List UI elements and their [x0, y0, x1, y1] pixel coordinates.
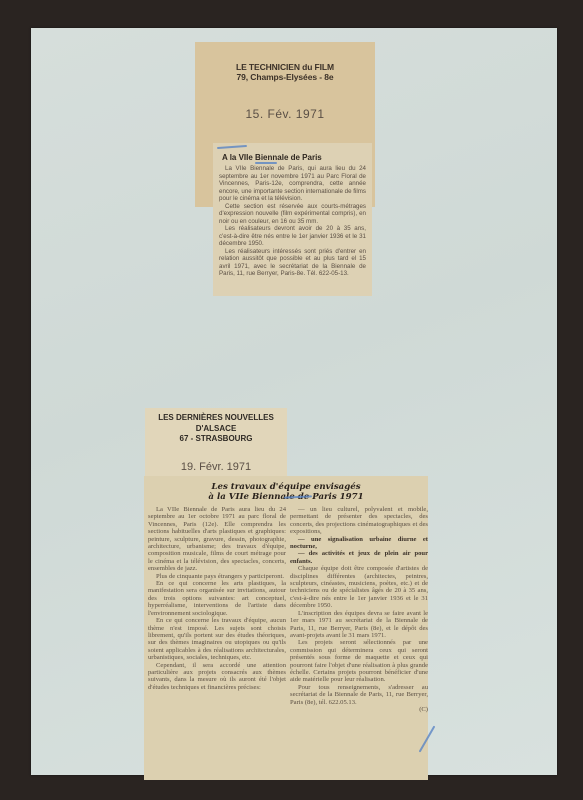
article-paragraph: Les projets seront sélectionnés par une … [290, 639, 428, 683]
article-headline: Les travaux d'équipe envisagés à la VIIe… [144, 482, 428, 502]
headline-line-1: Les travaux d'équipe envisagés [144, 482, 428, 492]
article-headline: A la VIIe Biennale de Paris [222, 153, 322, 162]
article-paragraph: En ce qui concerne les arts plastiques, … [148, 580, 286, 617]
pen-underline [255, 162, 277, 164]
clipping-2-article: Les travaux d'équipe envisagés à la VIIe… [144, 476, 428, 780]
clipping-1-source: LE TECHNICIEN du FILM 79, Champs-Elysées… [195, 62, 375, 82]
article-paragraph: Pour tous renseignements, s'adresser au … [290, 684, 428, 706]
article-paragraph: Plus de cinquante pays étrangers y parti… [148, 573, 286, 580]
article-paragraph: Cette section est réservée aux courts-mé… [219, 203, 366, 226]
article-paragraph: La VIIe Biennale de Paris, qui aura lieu… [219, 165, 366, 203]
source-address: 79, Champs-Elysées - 8e [195, 72, 375, 82]
article-paragraph: — une signalisation urbaine diurne et no… [290, 536, 428, 551]
source-name: LES DERNIÈRES NOUVELLES [145, 413, 287, 424]
source-city: 67 - STRASBOURG [145, 434, 287, 445]
article-paragraph: L'inscription des équipes devra se faire… [290, 610, 428, 640]
article-paragraph: Les réalisateurs devront avoir de 20 à 3… [219, 225, 366, 248]
article-left-column: La VIIe Biennale de Paris aura lieu du 2… [148, 506, 286, 691]
article-paragraph: Les réalisateurs intéressés sont priés d… [219, 248, 366, 278]
source-name-2: D'ALSACE [145, 424, 287, 435]
article-paragraph: La VIIe Biennale de Paris aura lieu du 2… [148, 506, 286, 573]
article-paragraph: — des activités et jeux de plein air pou… [290, 550, 428, 565]
article-body: La VIIe Biennale de Paris, qui aura lieu… [219, 165, 366, 278]
article-paragraph: Chaque équipe doit être composée d'artis… [290, 565, 428, 609]
clipping-2-source: LES DERNIÈRES NOUVELLES D'ALSACE 67 - ST… [145, 413, 287, 445]
clipping-2-header: LES DERNIÈRES NOUVELLES D'ALSACE 67 - ST… [145, 408, 287, 478]
article-paragraph: Cependant, il sera accordé une attention… [148, 662, 286, 692]
pen-mark [217, 145, 247, 149]
date-stamp: 15. Fév. 1971 [195, 107, 375, 121]
date-stamp: 19. Févr. 1971 [145, 461, 287, 473]
article-right-column: — un lieu culturel, polyvalent et mobile… [290, 506, 428, 713]
article-paragraph: En ce qui concerne les travaux d'équipe,… [148, 617, 286, 661]
clipping-1-article: A la VIIe Biennale de Paris La VIIe Bien… [213, 143, 372, 296]
article-credit: (C) [290, 706, 428, 713]
article-paragraph: — un lieu culturel, polyvalent et mobile… [290, 506, 428, 536]
source-name: LE TECHNICIEN du FILM [195, 62, 375, 72]
